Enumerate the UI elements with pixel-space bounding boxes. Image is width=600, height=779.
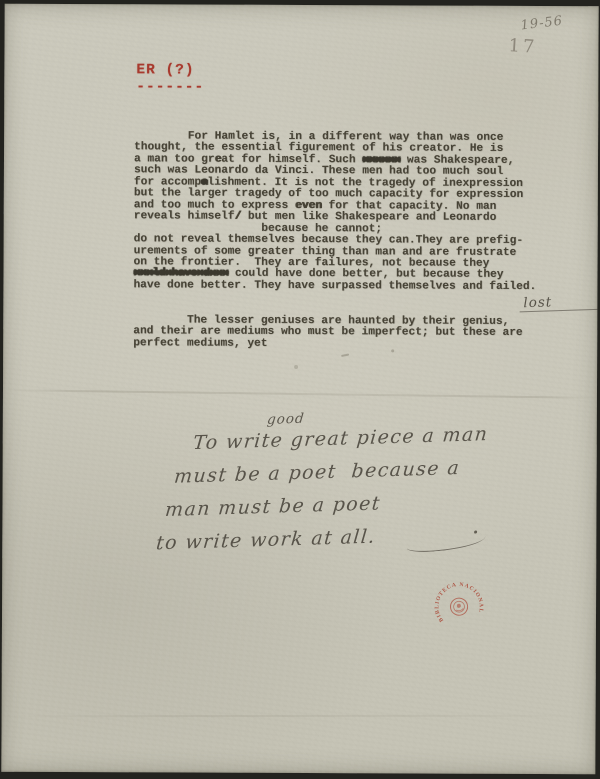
typed-line: perfect mediums, yet — [133, 338, 522, 351]
ink-smudge — [294, 365, 298, 369]
ink-smudge — [341, 353, 349, 357]
handwritten-note: good To write great piece a manmust be a… — [155, 418, 497, 561]
typed-paragraph-2: The lesser geniuses are haunted by their… — [133, 315, 523, 351]
paper-crease — [2, 715, 596, 718]
typed-text: perfect mediums, yet — [133, 337, 267, 350]
typed-paragraph-1: For Hamlet is, in a different way than w… — [133, 131, 537, 293]
library-stamp-icon: BIBLIOTECA NACIONAL — [427, 575, 491, 639]
pencil-catalog-number: 19-56 — [520, 14, 564, 34]
svg-text:BIBLIOTECA NACIONAL: BIBLIOTECA NACIONAL — [430, 577, 486, 623]
handwritten-insert-word: good — [266, 411, 305, 428]
heading-label: ER (?) — [136, 62, 204, 78]
scanned-document: ER (?) ------- 19-56 17 For Hamlet is, i… — [0, 0, 600, 779]
handwritten-margin-note: lost — [519, 293, 597, 312]
pencil-page-number: 17 — [508, 35, 538, 58]
typed-line: have done better. They have surpassed th… — [133, 280, 536, 293]
stamp-text: BIBLIOTECA NACIONAL — [430, 577, 486, 623]
typed-text: even — [295, 200, 322, 212]
typed-text: have done better. They have surpassed th… — [133, 279, 536, 293]
paper-sheet: ER (?) ------- 19-56 17 For Hamlet is, i… — [1, 4, 598, 775]
document-heading: ER (?) ------- — [136, 62, 204, 95]
paper-grain — [1, 4, 598, 775]
paper-crease — [3, 389, 597, 399]
heading-underline: ------- — [136, 79, 204, 95]
